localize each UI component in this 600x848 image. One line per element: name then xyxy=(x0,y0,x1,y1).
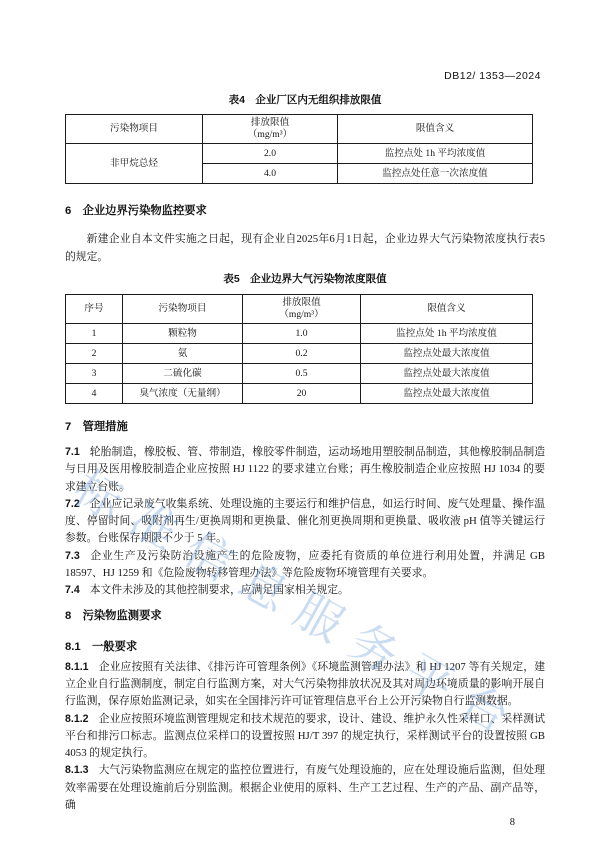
section7-clauses: 7.1轮胎制造，橡胶板、管、带制造，橡胶零件制造，运动场地用塑胶制品制造，其他橡… xyxy=(65,444,545,600)
table5-col-index: 序号 xyxy=(66,295,123,324)
clause-number: 7.2 xyxy=(65,498,80,510)
table4-col-meaning: 限值含义 xyxy=(338,115,533,144)
table5-cell: 监控点处 1h 平均浓度值 xyxy=(361,324,533,344)
clause-text: 企业应按照环境监测管理规定和技术规范的要求，设计、建设、维护永久性采样口、采样测… xyxy=(65,713,545,760)
table5-cell: 监控点处最大浓度值 xyxy=(361,364,533,384)
clause-number: 7.4 xyxy=(65,584,80,596)
table4-limit-cell: 4.0 xyxy=(203,164,338,184)
table5-cell: 2 xyxy=(66,344,123,364)
section8-clauses: 8.1.1企业应按照有关法律、《排污许可管理条例》《环境监测管理办法》和 HJ … xyxy=(65,659,545,815)
section6-paragraph: 新建企业自本文件实施之日起，现有企业自2025年6月1日起，企业边界大气污染物浓… xyxy=(65,231,545,266)
table5-cell: 20 xyxy=(243,384,361,404)
table5-cell: 0.5 xyxy=(243,364,361,384)
table4-col-limit: 排放限值 （mg/m³） xyxy=(203,115,338,144)
table5-cell: 监控点处最大浓度值 xyxy=(361,344,533,364)
clause-number: 7.3 xyxy=(65,550,80,562)
page-content: DB12/ 1353—2024 表4 企业厂区内无组织排放限值 污染物项目 排放… xyxy=(65,70,545,828)
clause-text: 本文件未涉及的其他控制要求，应满足国家相关规定。 xyxy=(90,584,349,596)
clause-7-4: 7.4本文件未涉及的其他控制要求，应满足国家相关规定。 xyxy=(65,582,545,599)
doc-code: DB12/ 1353—2024 xyxy=(65,70,545,83)
table5: 序号 污染物项目 排放限值 （mg/m³） 限值含义 1 颗粒物 1.0 监控点… xyxy=(65,294,533,404)
table4-col-pollutant: 污染物项目 xyxy=(66,115,203,144)
clause-text: 企业应按照有关法律、《排污许可管理条例》《环境监测管理办法》和 HJ 1207 … xyxy=(65,661,545,708)
table5-cell: 3 xyxy=(66,364,123,384)
clause-8-1-3: 8.1.3大气污染物监测应在规定的监控位置进行，有废气处理设施的，应在处理设施后… xyxy=(65,762,545,814)
table4-meaning-cell: 监控点处 1h 平均浓度值 xyxy=(338,144,533,164)
clause-text: 企业应记录废气收集系统、处理设施的主要运行和维护信息，如运行时间、废气处理量、操… xyxy=(65,498,545,545)
clause-7-3: 7.3企业生产及污染防治设施产生的危险废物，应委托有资质的单位进行利用处置，并满… xyxy=(65,548,545,583)
table5-cell: 0.2 xyxy=(243,344,361,364)
section8-heading: 8 污染物监测要求 xyxy=(65,609,545,623)
table4-meaning-cell: 监控点处任意一次浓度值 xyxy=(338,164,533,184)
section6-heading: 6 企业边界污染物监控要求 xyxy=(65,204,545,218)
table5-cell: 臭气浓度（无量纲） xyxy=(123,384,243,404)
clause-7-2: 7.2企业应记录废气收集系统、处理设施的主要运行和维护信息，如运行时间、废气处理… xyxy=(65,496,545,548)
table4-title: 表4 企业厂区内无组织排放限值 xyxy=(65,94,545,106)
table5-cell: 二硫化碳 xyxy=(123,364,243,384)
clause-text: 轮胎制造，橡胶板、管、带制造，橡胶零件制造，运动场地用塑胶制品制造，其他橡胶制品… xyxy=(65,446,545,493)
clause-text: 企业生产及污染防治设施产生的危险废物，应委托有资质的单位进行利用处置，并满足 G… xyxy=(65,550,545,579)
table5-cell: 1 xyxy=(66,324,123,344)
table5-cell: 监控点处最大浓度值 xyxy=(361,384,533,404)
table-row: 非甲烷总烃 2.0 监控点处 1h 平均浓度值 xyxy=(66,144,533,164)
clause-8-1-2: 8.1.2企业应按照环境监测管理规定和技术规范的要求，设计、建设、维护永久性采样… xyxy=(65,711,545,763)
clause-8-1-1: 8.1.1企业应按照有关法律、《排污许可管理条例》《环境监测管理办法》和 HJ … xyxy=(65,659,545,711)
table-row: 4 臭气浓度（无量纲） 20 监控点处最大浓度值 xyxy=(66,384,533,404)
clause-7-1: 7.1轮胎制造，橡胶板、管、带制造，橡胶零件制造，运动场地用塑胶制品制造，其他橡… xyxy=(65,444,545,496)
table4-limit-cell: 2.0 xyxy=(203,144,338,164)
table5-cell: 4 xyxy=(66,384,123,404)
table5-col-limit: 排放限值 （mg/m³） xyxy=(243,295,361,324)
table5-cell: 氨 xyxy=(123,344,243,364)
table-row: 3 二硫化碳 0.5 监控点处最大浓度值 xyxy=(66,364,533,384)
clause-text: 大气污染物监测应在规定的监控位置进行，有废气处理设施的，应在处理设施后监测，但处… xyxy=(65,764,545,811)
clause-number: 7.1 xyxy=(65,446,80,458)
table5-header-row: 序号 污染物项目 排放限值 （mg/m³） 限值含义 xyxy=(66,295,533,324)
clause-number: 8.1.3 xyxy=(65,764,89,776)
table4-header-row: 污染物项目 排放限值 （mg/m³） 限值含义 xyxy=(66,115,533,144)
table5-cell: 1.0 xyxy=(243,324,361,344)
table4-pollutant-cell: 非甲烷总烃 xyxy=(66,144,203,184)
table5-col-pollutant: 污染物项目 xyxy=(123,295,243,324)
table4: 污染物项目 排放限值 （mg/m³） 限值含义 非甲烷总烃 2.0 监控点处 1… xyxy=(65,114,533,184)
section8-1-heading: 8.1 一般要求 xyxy=(65,640,545,654)
clause-number: 8.1.1 xyxy=(65,661,89,673)
table5-title: 表5 企业边界大气污染物浓度限值 xyxy=(65,273,545,285)
table-row: 2 氨 0.2 监控点处最大浓度值 xyxy=(66,344,533,364)
table5-cell: 颗粒物 xyxy=(123,324,243,344)
section7-heading: 7 管理措施 xyxy=(65,420,545,434)
page-number: 8 xyxy=(65,817,515,828)
table5-col-meaning: 限值含义 xyxy=(361,295,533,324)
table-row: 1 颗粒物 1.0 监控点处 1h 平均浓度值 xyxy=(66,324,533,344)
clause-number: 8.1.2 xyxy=(65,713,89,725)
document-page: 标准信息服务平台 DB12/ 1353—2024 表4 企业厂区内无组织排放限值… xyxy=(0,0,600,848)
